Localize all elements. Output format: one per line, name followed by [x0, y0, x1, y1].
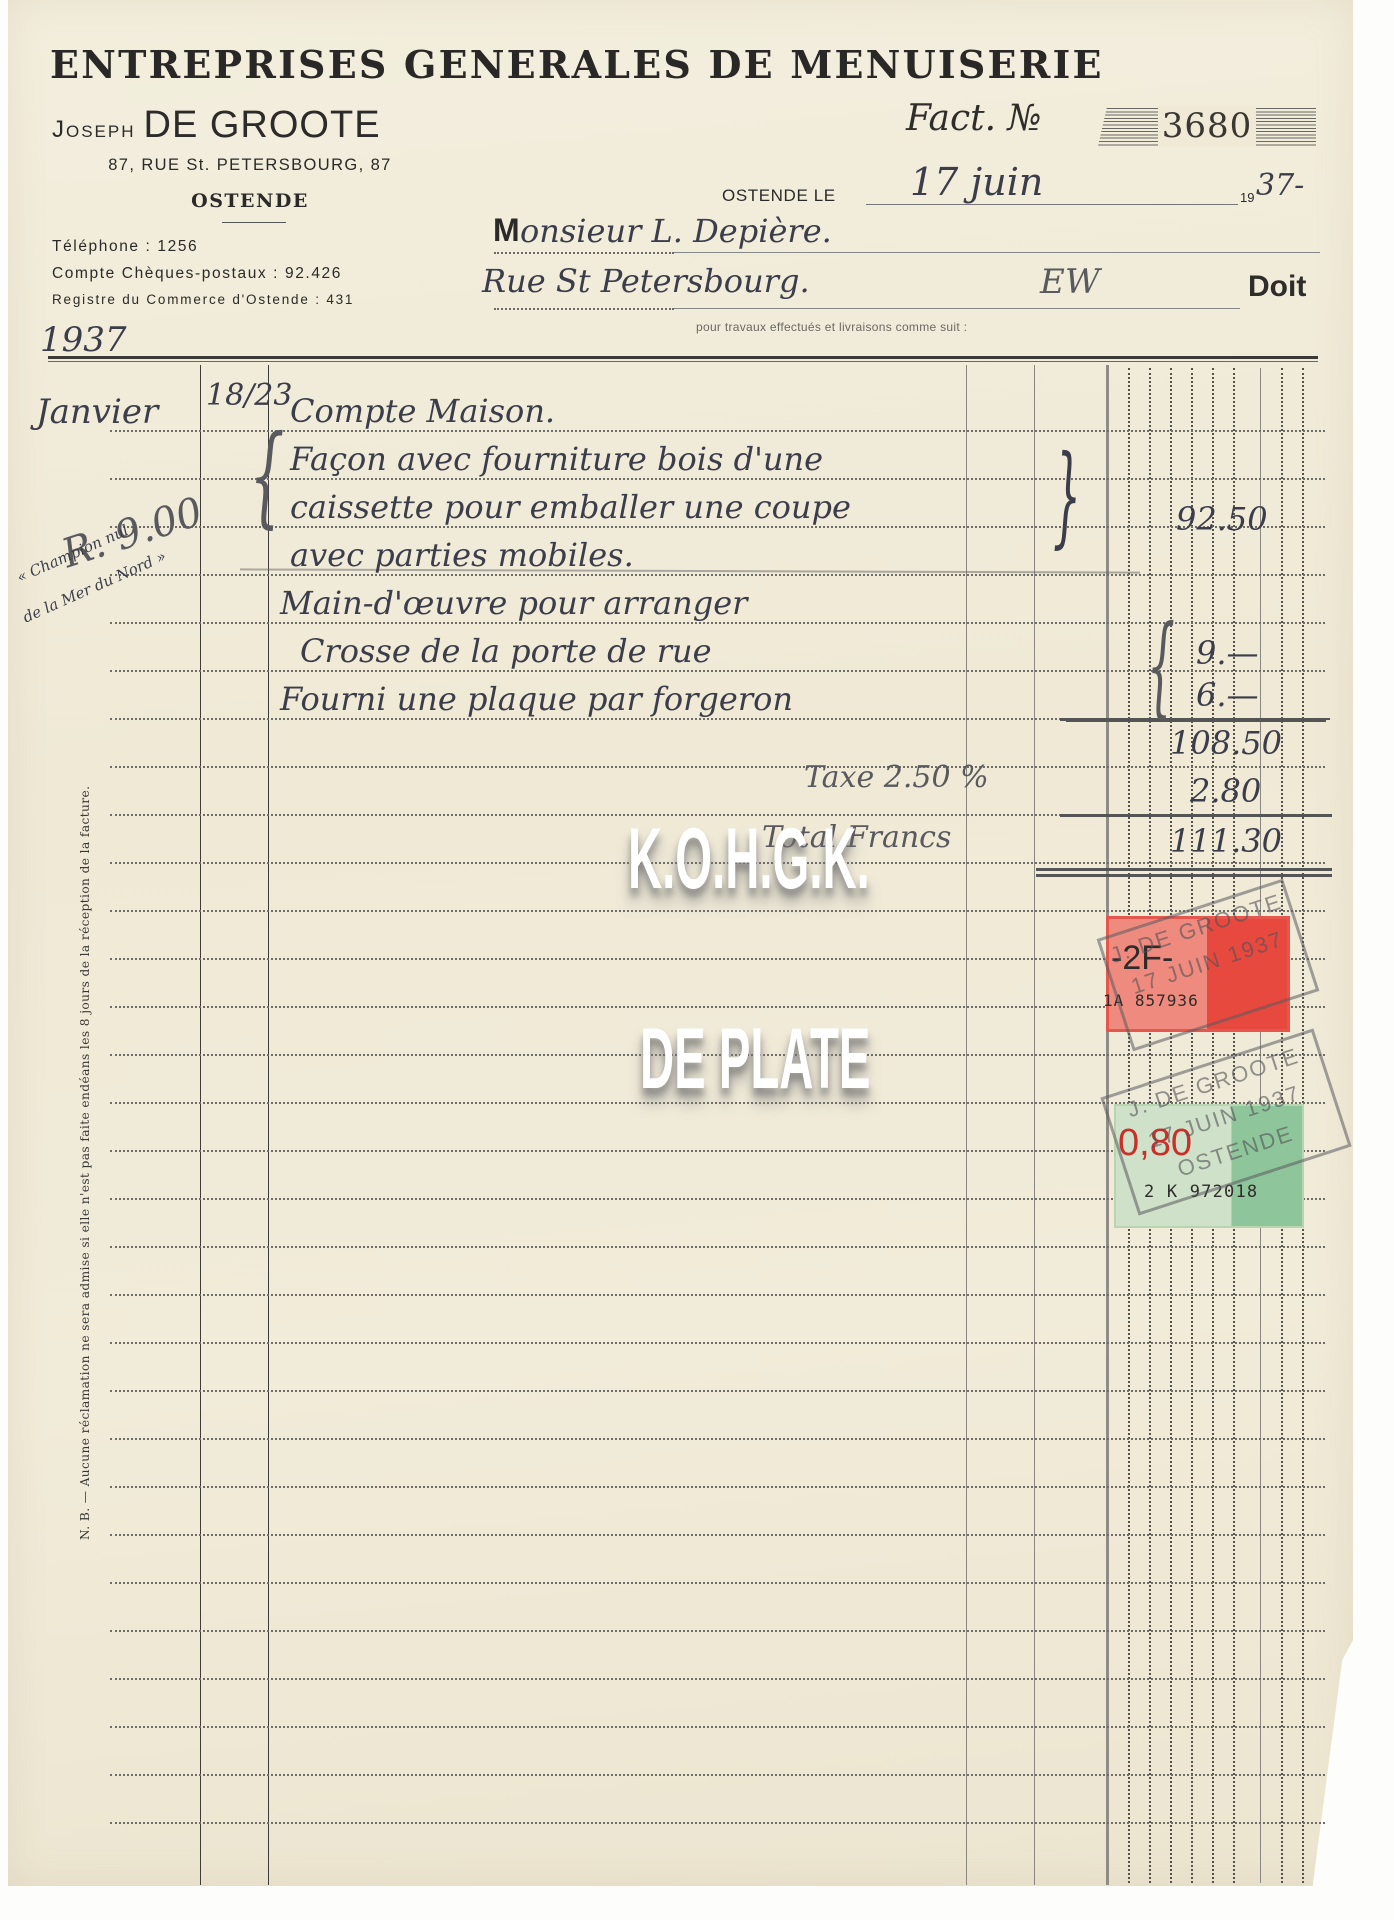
company-address: 87, RUE St. PETERSBOURG, 87 [52, 156, 448, 175]
row-line [110, 1246, 1325, 1248]
row-line [110, 1774, 1325, 1776]
row-line [110, 1582, 1325, 1584]
row-line [110, 1678, 1325, 1680]
row-line [110, 1390, 1325, 1392]
street-line [674, 308, 1240, 309]
recipient-name: onsieur L. Depière. [520, 212, 832, 250]
subcaption: pour travaux effectués et livraisons com… [696, 320, 967, 334]
row-line [110, 1294, 1325, 1296]
handwritten-date: 17 juin [910, 160, 1043, 204]
row-line [110, 478, 1325, 480]
handwritten-year: 37- [1256, 168, 1304, 203]
entry-line-6: Crosse de la porte de rue [300, 632, 712, 670]
row-line [110, 766, 1325, 768]
company-title: ENTREPRISES GENERALES DE MENUISERIE [50, 42, 1104, 87]
tax-label: Taxe 2.50 % [804, 760, 989, 795]
subtotal-amount: 108.50 [1170, 724, 1282, 762]
entry-line-3: caissette pour emballer une coupe [290, 488, 851, 526]
recipient-prefix: M [493, 212, 520, 249]
col-divider-description [268, 365, 269, 1885]
initials-mark: EW [1040, 262, 1100, 302]
year-prefix: 19 [1240, 190, 1254, 205]
row-line [110, 1342, 1325, 1344]
recipient-line [674, 252, 1320, 253]
company-city: OSTENDE [52, 190, 448, 212]
date-label: OSTENDE LE [722, 186, 836, 206]
col-divider-b [1034, 365, 1035, 1885]
recipient-street: Rue St Petersbourg. [482, 262, 810, 300]
tax-amount: 2.80 [1190, 772, 1261, 810]
total-rule-2 [1036, 874, 1332, 877]
tax-rule [1060, 814, 1332, 817]
grouping-brace: { [250, 420, 285, 530]
margin-year: 1937 [40, 320, 127, 360]
owner-name: JosephDE GROOTE [52, 104, 381, 147]
street-dotline [494, 308, 674, 310]
total-rule-1 [1036, 868, 1332, 871]
table-top-rule-thin [48, 361, 1318, 362]
row-line [110, 1822, 1325, 1824]
recipient-dotline [494, 252, 674, 254]
subtotal-line-o [1066, 718, 1326, 721]
row-line [110, 526, 1325, 528]
commerce-register: Registre du Commerce d'Ostende : 431 [52, 292, 354, 307]
amount-plaque: 6.— [1196, 676, 1259, 714]
amount-brace: } [1053, 440, 1081, 550]
date-line [866, 204, 1238, 205]
watermark-line2: DE PLATE [640, 1010, 870, 1109]
pencil-brace: { [1147, 610, 1175, 720]
row-line [110, 574, 1325, 576]
entry-day: 18/23 [206, 378, 292, 413]
row-line [110, 670, 1325, 672]
row-line [110, 910, 1325, 912]
invoice-number-label: Fact. № [906, 98, 1042, 139]
entry-line-2: Façon avec fourniture bois d'une [290, 440, 823, 478]
telephone: Téléphone : 1256 [52, 238, 198, 256]
row-line [110, 1486, 1325, 1488]
entry-month: Janvier [36, 392, 158, 432]
row-line [110, 430, 1325, 432]
row-line [110, 1630, 1325, 1632]
postal-account: Compte Chèques-postaux : 92.426 [52, 265, 342, 283]
footer-note: N. B. — Aucune réclamation ne sera admis… [78, 786, 92, 1540]
city-divider [222, 222, 286, 223]
table-top-rule [48, 356, 1318, 359]
row-line [110, 1534, 1325, 1536]
invoice-number: 3680 [1098, 106, 1316, 146]
entry-line-5: Main-d'œuvre pour arranger [280, 584, 747, 622]
entry-line-1: Compte Maison. [290, 392, 555, 430]
watermark-line1: K.O.H.G.K. [628, 810, 870, 909]
row-line [110, 1726, 1325, 1728]
entry-line-4: avec parties mobiles. [290, 536, 634, 574]
doit-label: Doit [1248, 270, 1306, 304]
row-line [110, 622, 1325, 624]
col-divider-a [966, 365, 967, 1885]
owner-last-name: DE GROOTE [144, 104, 381, 146]
owner-first-name: Joseph [52, 116, 136, 143]
entry-line-7: Fourni une plaque par forgeron [280, 680, 793, 718]
amount-caissette: 92.50 [1176, 500, 1268, 538]
row-line [110, 1438, 1325, 1440]
col-divider-date [200, 365, 201, 1885]
amount-crosse: 9.— [1196, 634, 1259, 672]
total-amount: 111.30 [1170, 822, 1282, 860]
